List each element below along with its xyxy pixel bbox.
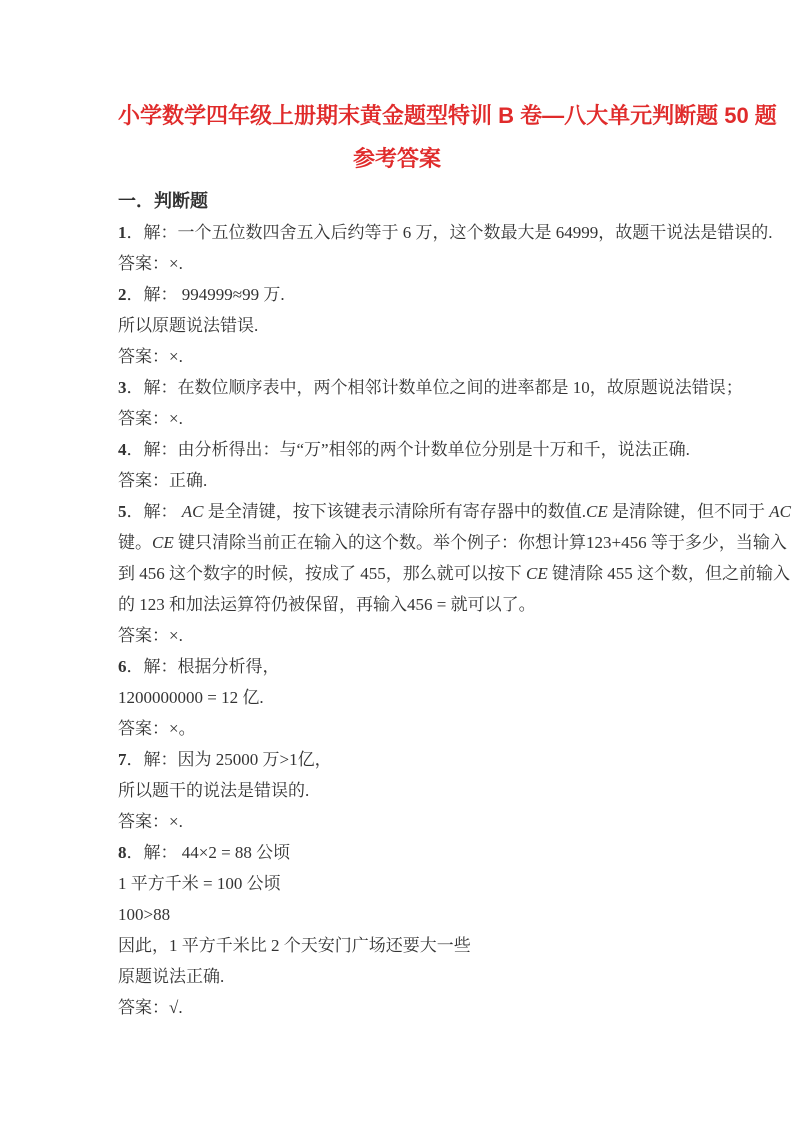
answer-verdict: 答案：×. xyxy=(118,806,676,837)
answer-line-q4: 4．解：由分析得出：与“万”相邻的两个计数单位分别是十万和千，说法正确. xyxy=(118,434,676,465)
answer-line-q1: 1．解：一个五位数四舍五入后约等于 6 万，这个数最大是 64999，故题干说法… xyxy=(118,217,676,248)
text-segment: AC xyxy=(769,502,791,521)
text-segment: ．解：在数位顺序表中，两个相邻计数单位之间的进率都是 10，故原题说法错误； xyxy=(127,378,743,397)
text-segment: 键只清除当前正在输入的这个数。举个例子：你想计算123+456 等于多少，当输入 xyxy=(174,533,787,552)
text-segment: 一．判断题 xyxy=(118,191,208,211)
text-segment: 到 456 这个数字的时候，按成了 455，那么就可以按下 xyxy=(118,564,526,583)
text-segment: 1 xyxy=(118,223,127,242)
answer-line-q2: 2．解： 994999≈99 万. xyxy=(118,279,676,310)
answer-line-q6: 6．解：根据分析得， xyxy=(118,651,676,682)
text-segment: 是清除键，但不同于 xyxy=(608,502,770,521)
text-segment: 原题说法正确. xyxy=(118,967,224,986)
answer-verdict: 答案：×。 xyxy=(118,713,676,744)
answer-verdict: 答案：√. xyxy=(118,992,676,1023)
text-segment: 答案：×. xyxy=(118,409,183,428)
document-body: 小学数学四年级上册期末黄金题型特训 B 卷—八大单元判断题 50 题参考答案一．… xyxy=(118,94,676,1023)
document-title-line1: 小学数学四年级上册期末黄金题型特训 B 卷—八大单元判断题 50 题 xyxy=(118,94,676,137)
text-segment: ．解：根据分析得， xyxy=(127,657,280,676)
text-segment: ．解：由分析得出：与“万”相邻的两个计数单位分别是十万和千，说法正确. xyxy=(127,440,690,459)
text-segment: 3 xyxy=(118,378,127,397)
text-segment: 6 xyxy=(118,657,127,676)
text-segment: ．解： 44×2 = 88 公顷 xyxy=(127,843,291,862)
text-segment: 8 xyxy=(118,843,127,862)
section-heading: 一．判断题 xyxy=(118,186,676,217)
answer-line: 1 平方千米 = 100 公顷 xyxy=(118,868,676,899)
text-segment: 答案：×. xyxy=(118,347,183,366)
answer-line: 100>88 xyxy=(118,899,676,930)
text-segment: ．解： 994999≈99 万. xyxy=(127,285,285,304)
text-segment: 键。 xyxy=(118,533,152,552)
answer-line: 1200000000 = 12 亿. xyxy=(118,682,676,713)
text-segment: 答案：×。 xyxy=(118,719,196,738)
text-segment: 100>88 xyxy=(118,905,170,924)
text-segment: 小学数学四年级上册期末黄金题型特训 B 卷—八大单元判断题 50 题 xyxy=(118,103,777,128)
answer-line: 键。CE 键只清除当前正在输入的这个数。举个例子：你想计算123+456 等于多… xyxy=(118,527,676,558)
answer-line-q8: 8．解： 44×2 = 88 公顷 xyxy=(118,837,676,868)
answer-line: 所以题干的说法是错误的. xyxy=(118,775,676,806)
text-segment: ．解：一个五位数四舍五入后约等于 6 万，这个数最大是 64999，故题干说法是… xyxy=(127,223,773,242)
text-segment: ．解： xyxy=(127,502,182,521)
text-segment: 1200000000 = 12 亿. xyxy=(118,688,264,707)
text-segment: 5 xyxy=(118,502,127,521)
text-segment: 答案：√. xyxy=(118,998,183,1017)
document-page: 小学数学四年级上册期末黄金题型特训 B 卷—八大单元判断题 50 题参考答案一．… xyxy=(0,0,793,1122)
text-segment: 所以题干的说法是错误的. xyxy=(118,781,309,800)
text-segment: 键清除 455 这个数，但之前输入 xyxy=(548,564,790,583)
text-segment: 因此，1 平方千米比 2 个天安门广场还要大一些 xyxy=(118,936,471,955)
text-segment: 参考答案 xyxy=(353,146,441,171)
text-segment: 答案：×. xyxy=(118,254,183,273)
answer-verdict: 答案：×. xyxy=(118,403,676,434)
answer-line: 原题说法正确. xyxy=(118,961,676,992)
text-segment: 4 xyxy=(118,440,127,459)
text-segment: 所以原题说法错误. xyxy=(118,316,258,335)
answer-verdict: 答案：×. xyxy=(118,341,676,372)
answer-line: 所以原题说法错误. xyxy=(118,310,676,341)
text-segment: 7 xyxy=(118,750,127,769)
text-segment: 答案：×. xyxy=(118,626,183,645)
text-segment: 1 平方千米 = 100 公顷 xyxy=(118,874,281,893)
text-segment: AC xyxy=(182,502,204,521)
answer-line-q3: 3．解：在数位顺序表中，两个相邻计数单位之间的进率都是 10，故原题说法错误； xyxy=(118,372,676,403)
answer-line: 到 456 这个数字的时候，按成了 455，那么就可以按下 CE 键清除 455… xyxy=(118,558,676,589)
text-segment: 的 123 和加法运算符仍被保留，再输入456 = 就可以了。 xyxy=(118,595,536,614)
text-segment: CE xyxy=(152,533,174,552)
answer-verdict: 答案：正确. xyxy=(118,465,676,496)
answer-verdict: 答案：×. xyxy=(118,248,676,279)
answer-verdict: 答案：×. xyxy=(118,620,676,651)
answer-line: 因此，1 平方千米比 2 个天安门广场还要大一些 xyxy=(118,930,676,961)
text-segment: 2 xyxy=(118,285,127,304)
document-title-line2: 参考答案 xyxy=(118,137,676,180)
text-segment: ．解：因为 25000 万>1亿， xyxy=(127,750,332,769)
text-segment: CE xyxy=(526,564,548,583)
text-segment: 是全清键，按下该键表示清除所有寄存器中的数值. xyxy=(203,502,586,521)
answer-line-q7: 7．解：因为 25000 万>1亿， xyxy=(118,744,676,775)
answer-line-q5: 5．解： AC 是全清键，按下该键表示清除所有寄存器中的数值.CE 是清除键，但… xyxy=(118,496,676,527)
text-segment: 答案：正确. xyxy=(118,471,207,490)
text-segment: 答案：×. xyxy=(118,812,183,831)
answer-line: 的 123 和加法运算符仍被保留，再输入456 = 就可以了。 xyxy=(118,589,676,620)
text-segment: CE xyxy=(586,502,608,521)
